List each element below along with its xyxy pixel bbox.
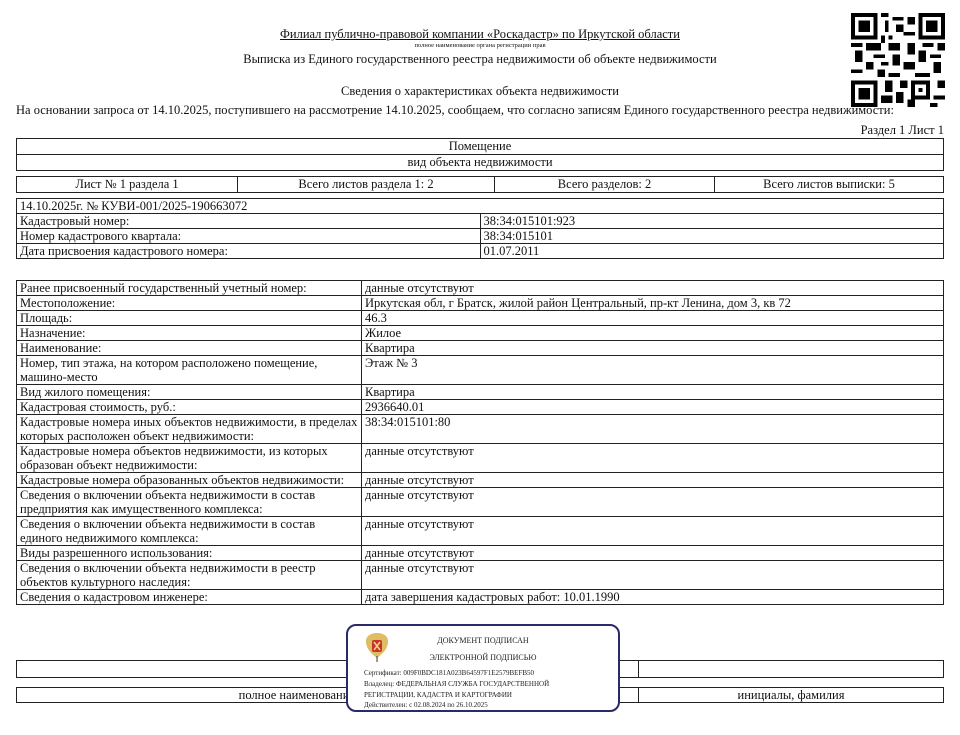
- row-label: Сведения о включении объекта недвижимост…: [17, 561, 362, 590]
- organization-name: Филиал публично-правовой компании «Роска…: [0, 27, 960, 42]
- row-value: данные отсутствуют: [362, 473, 944, 488]
- table-row: Кадастровые номера образованных объектов…: [17, 473, 944, 488]
- row-label: Кадастровые номера иных объектов недвижи…: [17, 415, 362, 444]
- table-row: Ранее присвоенный государственный учетны…: [17, 281, 944, 296]
- section-label: Раздел 1 Лист 1: [861, 123, 944, 138]
- sections-count: Всего разделов: 2: [495, 177, 715, 193]
- row-value: данные отсутствуют: [362, 488, 944, 517]
- sheet-number: Лист № 1 раздела 1: [17, 177, 238, 193]
- document-title: Выписка из Единого государственного реес…: [0, 52, 960, 67]
- table-row: Кадастровый номер: 38:34:015101:923: [17, 214, 944, 229]
- row-label: Вид жилого помещения:: [17, 385, 362, 400]
- section-sheets-count: Всего листов раздела 1: 2: [238, 177, 495, 193]
- stamp-heading-2: ЭЛЕКТРОННОЙ ПОДПИСЬЮ: [348, 653, 618, 662]
- table-row: Дата присвоения кадастрового номера: 01.…: [17, 244, 944, 259]
- row-value: дата завершения кадастровых работ: 10.01…: [362, 590, 944, 605]
- row-label: Виды разрешенного использования:: [17, 546, 362, 561]
- row-label: Местоположение:: [17, 296, 362, 311]
- row-value: Квартира: [362, 385, 944, 400]
- row-value: 38:34:015101:80: [362, 415, 944, 444]
- table-row: Кадастровая стоимость, руб.:2936640.01: [17, 400, 944, 415]
- row-value: 2936640.01: [362, 400, 944, 415]
- table-row: Номер кадастрового квартала: 38:34:01510…: [17, 229, 944, 244]
- row-label: Кадастровые номера образованных объектов…: [17, 473, 362, 488]
- row-value: данные отсутствуют: [362, 517, 944, 546]
- row-value: Этаж № 3: [362, 356, 944, 385]
- request-basis: На основании запроса от 14.10.2025, пост…: [16, 103, 956, 118]
- row-value: данные отсутствуют: [362, 444, 944, 473]
- sheets-table: Лист № 1 раздела 1 Всего листов раздела …: [16, 176, 944, 193]
- name-caption: инициалы, фамилия: [639, 688, 944, 703]
- row-value: Жилое: [362, 326, 944, 341]
- qr-code-icon: [851, 13, 945, 107]
- stamp-validity: Действителен: с 02.08.2024 по 26.10.2025: [364, 701, 488, 709]
- row-label: Сведения о включении объекта недвижимост…: [17, 488, 362, 517]
- name-field: [639, 661, 944, 678]
- row-label: Кадастровые номера объектов недвижимости…: [17, 444, 362, 473]
- row-label: Кадастровый номер:: [17, 214, 481, 229]
- table-row: Вид жилого помещения:Квартира: [17, 385, 944, 400]
- row-value: 38:34:015101:923: [480, 214, 944, 229]
- object-type-caption: вид объекта недвижимости: [17, 155, 944, 171]
- request-table: 14.10.2025г. № КУВИ-001/2025-190663072 К…: [16, 198, 944, 259]
- row-value: данные отсутствуют: [362, 546, 944, 561]
- row-label: Площадь:: [17, 311, 362, 326]
- request-number: 14.10.2025г. № КУВИ-001/2025-190663072: [17, 199, 944, 214]
- document-subtitle: Сведения о характеристиках объекта недви…: [0, 84, 960, 99]
- object-type: Помещение: [17, 139, 944, 155]
- row-value: 38:34:015101: [480, 229, 944, 244]
- row-label: Номер, тип этажа, на котором расположено…: [17, 356, 362, 385]
- row-label: Назначение:: [17, 326, 362, 341]
- table-row: Кадастровые номера иных объектов недвижи…: [17, 415, 944, 444]
- organization-caption: полное наименование органа регистрации п…: [0, 42, 960, 49]
- table-row: Назначение:Жилое: [17, 326, 944, 341]
- table-row: Сведения о включении объекта недвижимост…: [17, 517, 944, 546]
- table-row: Сведения о включении объекта недвижимост…: [17, 488, 944, 517]
- table-row: Виды разрешенного использования:данные о…: [17, 546, 944, 561]
- stamp-owner-2: РЕГИСТРАЦИИ, КАДАСТРА И КАРТОГРАФИИ: [364, 691, 512, 699]
- row-label: Сведения о включении объекта недвижимост…: [17, 517, 362, 546]
- table-row: Площадь:46.3: [17, 311, 944, 326]
- table-row: Кадастровые номера объектов недвижимости…: [17, 444, 944, 473]
- details-table: Ранее присвоенный государственный учетны…: [16, 280, 944, 605]
- row-label: Наименование:: [17, 341, 362, 356]
- row-value: данные отсутствуют: [362, 281, 944, 296]
- row-label: Ранее присвоенный государственный учетны…: [17, 281, 362, 296]
- table-row: Сведения о включении объекта недвижимост…: [17, 561, 944, 590]
- table-row: Наименование:Квартира: [17, 341, 944, 356]
- row-label: Кадастровая стоимость, руб.:: [17, 400, 362, 415]
- row-value: Иркутская обл, г Братск, жилой район Цен…: [362, 296, 944, 311]
- total-sheets-count: Всего листов выписки: 5: [715, 177, 944, 193]
- stamp-owner: Владелец: ФЕДЕРАЛЬНАЯ СЛУЖБА ГОСУДАРСТВЕ…: [364, 680, 549, 688]
- row-value: 01.07.2011: [480, 244, 944, 259]
- row-value: данные отсутствуют: [362, 561, 944, 590]
- stamp-certificate: Сертификат: 009F0BDC181A023B64597F1E2579…: [364, 669, 534, 677]
- table-row: Местоположение:Иркутская обл, г Братск, …: [17, 296, 944, 311]
- row-value: Квартира: [362, 341, 944, 356]
- row-label: Сведения о кадастровом инженере:: [17, 590, 362, 605]
- row-label: Дата присвоения кадастрового номера:: [17, 244, 481, 259]
- stamp-heading: ДОКУМЕНТ ПОДПИСАН: [348, 636, 618, 645]
- electronic-signature-stamp: ДОКУМЕНТ ПОДПИСАН ЭЛЕКТРОННОЙ ПОДПИСЬЮ С…: [346, 624, 620, 712]
- row-value: 46.3: [362, 311, 944, 326]
- table-row: Номер, тип этажа, на котором расположено…: [17, 356, 944, 385]
- table-row: Сведения о кадастровом инженере:дата зав…: [17, 590, 944, 605]
- object-type-table: Помещение вид объекта недвижимости: [16, 138, 944, 171]
- row-label: Номер кадастрового квартала:: [17, 229, 481, 244]
